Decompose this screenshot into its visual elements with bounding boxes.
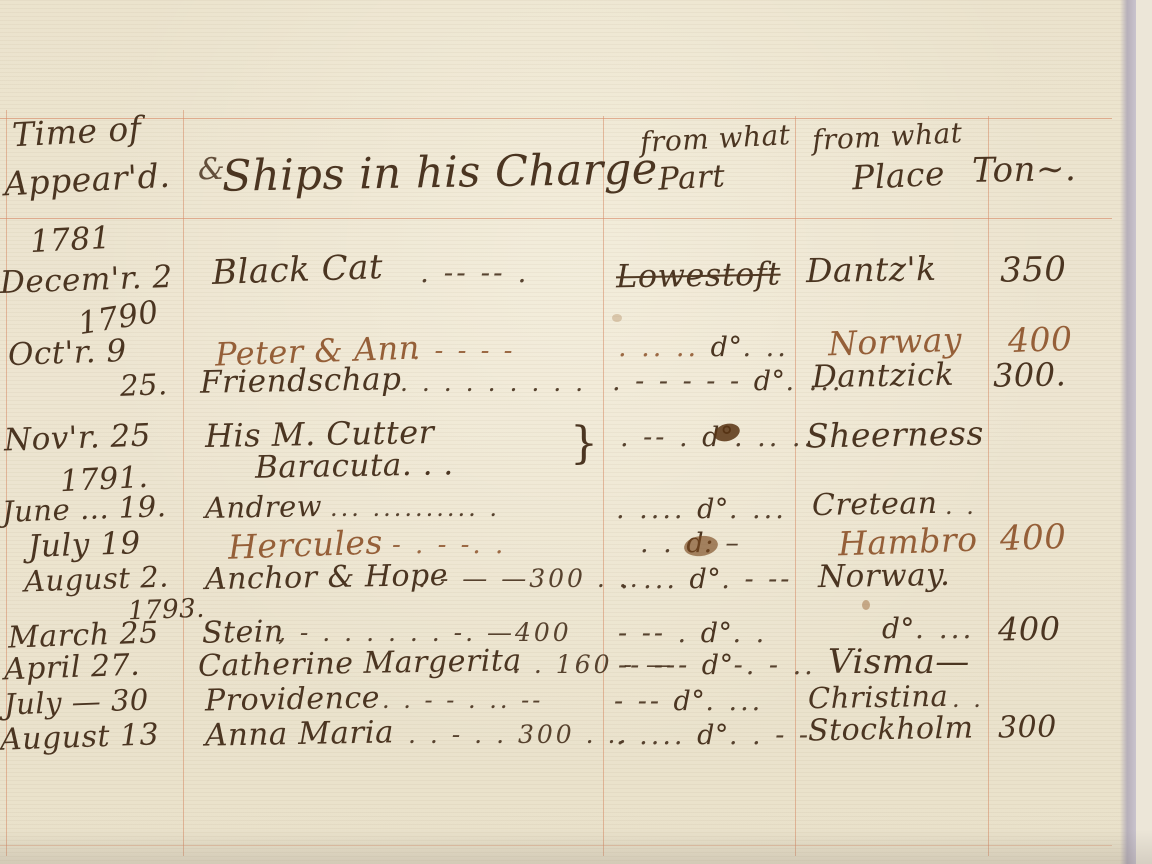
rule-header-bottom	[0, 218, 1112, 219]
column-header-tons: Ton~.	[972, 149, 1077, 191]
column-header-place-line1: from what	[811, 116, 963, 157]
row-place-trail: —	[935, 642, 970, 682]
row-ship: Andrew	[205, 489, 323, 525]
row-place: Cretean	[812, 486, 938, 523]
row-part-trailer: . .	[733, 618, 768, 649]
row-brace: }	[570, 418, 599, 469]
row-ship: Providence	[205, 680, 381, 718]
rule-page-bottom	[0, 845, 1112, 846]
page-edge-shadow	[1120, 0, 1136, 864]
row-part-ditto: d°	[697, 720, 729, 751]
row-part-leader: . ....	[616, 494, 697, 525]
row-part-ditto: d°	[701, 618, 733, 649]
column-header-time-line1: Time of	[11, 109, 142, 155]
row-part-trailer: . ..	[742, 332, 788, 363]
row-ship-line2: Baracuta. . .	[255, 446, 454, 485]
row-ship-trail: . - - - -	[412, 336, 515, 366]
row-place: Norway.	[818, 557, 951, 595]
row-ship-trail: . - — —300 . ..	[418, 564, 641, 593]
row-tons: 400	[1007, 319, 1073, 360]
row-ship: Catherine Margerita	[198, 643, 522, 684]
row-part-trailer: . ...	[705, 686, 763, 717]
row-ship-trail: - . - -. .	[392, 530, 506, 560]
row-part-trailer: . ...	[729, 494, 787, 525]
row-part-ditto: d°	[754, 366, 786, 397]
row-date: April 27.	[3, 648, 140, 688]
row-part-trailer: . .. ..	[734, 422, 815, 453]
row-date: August 2.	[23, 559, 169, 598]
row-date: July 19	[27, 525, 141, 565]
row-part-trailer: . . - -	[729, 720, 811, 751]
row-date: June ... 19.	[1, 489, 166, 529]
row-tons: 300.	[993, 355, 1067, 394]
row-date: August 13	[0, 717, 160, 758]
row-ship: Anna Maria	[205, 714, 395, 753]
row-part-leader: . - - - - -	[612, 366, 754, 397]
row-place: Dantz'k	[806, 249, 937, 290]
row-place: Sheerness	[806, 413, 985, 455]
row-part-leader: - --	[614, 686, 674, 717]
row-place-ditto: d°	[882, 612, 915, 645]
row-tons: 400	[999, 517, 1067, 559]
row-date: Nov'r. 25	[3, 417, 151, 458]
paper-stain	[612, 314, 622, 322]
row-place-trail: . .	[952, 685, 984, 713]
ledger-page: Time of Appear'd. & Ships in his Charge …	[0, 0, 1152, 864]
row-place-trail: . .	[945, 492, 977, 520]
year-1781: 1781	[29, 220, 112, 260]
row-ship-trail: , - . . . . . . -. —400	[278, 618, 572, 647]
row-ship: Stein	[202, 614, 284, 650]
row-ship-trail: . -- -- .	[420, 256, 529, 289]
row-tons: 350	[1000, 249, 1067, 290]
rule-col-time	[183, 110, 184, 856]
row-part-ditto: d°	[711, 332, 743, 363]
column-header-place-line2: Place	[851, 154, 946, 198]
column-header-part-line1: from what	[639, 118, 791, 159]
row-ship: Anchor & Hope	[205, 558, 449, 597]
row-ship-trail: . . - - . .. --	[382, 686, 543, 714]
row-part-leader: -- ---	[618, 650, 702, 681]
row-ship: Friendschap	[200, 361, 402, 401]
row-part-ditto: d°	[697, 494, 729, 525]
row-ship-trail: . . - . . 300 . ..	[408, 720, 629, 749]
row-part-trailer: -. - ..	[734, 650, 816, 681]
column-header-time-line2: Appear'd.	[3, 156, 171, 204]
row-part-ditto: d°	[674, 686, 706, 717]
paper-stain	[862, 600, 870, 610]
row-part-leader: . .	[640, 528, 686, 559]
column-header-ships: Ships in his Charge	[222, 144, 659, 202]
row-tons: 400	[998, 609, 1061, 648]
row-ship-trail: ... .......... .	[330, 494, 500, 522]
row-date: 25.	[119, 367, 168, 403]
column-header-part-line2: Part	[657, 158, 726, 197]
row-part-leader: - -- .	[618, 618, 701, 649]
row-place: Stockholm	[808, 711, 974, 749]
row-part-ditto: d°	[690, 564, 722, 595]
row-part-ditto: d°	[702, 650, 734, 681]
row-part-leader: . ...	[620, 564, 690, 595]
row-part-leader: . ....	[616, 720, 697, 751]
row-ship-trail: . . . . . . . . .	[400, 368, 586, 397]
rule-col-place	[988, 116, 989, 856]
row-part-struck: Lowestoft	[616, 255, 781, 296]
row-part-leader: . .. ..	[618, 332, 711, 363]
row-ship: Black Cat	[211, 247, 383, 293]
row-place: Christina	[808, 679, 949, 715]
row-place: Visma	[828, 642, 935, 682]
row-place-trail: . ...	[915, 612, 975, 645]
row-date: July — 30	[3, 682, 149, 721]
row-tons: 300	[998, 709, 1057, 745]
row-part-leader: . -- .	[620, 422, 702, 453]
row-date: Decem'r. 2	[0, 259, 173, 301]
next-page-sliver	[1136, 0, 1152, 864]
row-date: Oct'r. 9	[7, 333, 127, 373]
row-part-trailer: . - --	[721, 564, 792, 595]
row-place: Dantzick	[812, 357, 955, 395]
